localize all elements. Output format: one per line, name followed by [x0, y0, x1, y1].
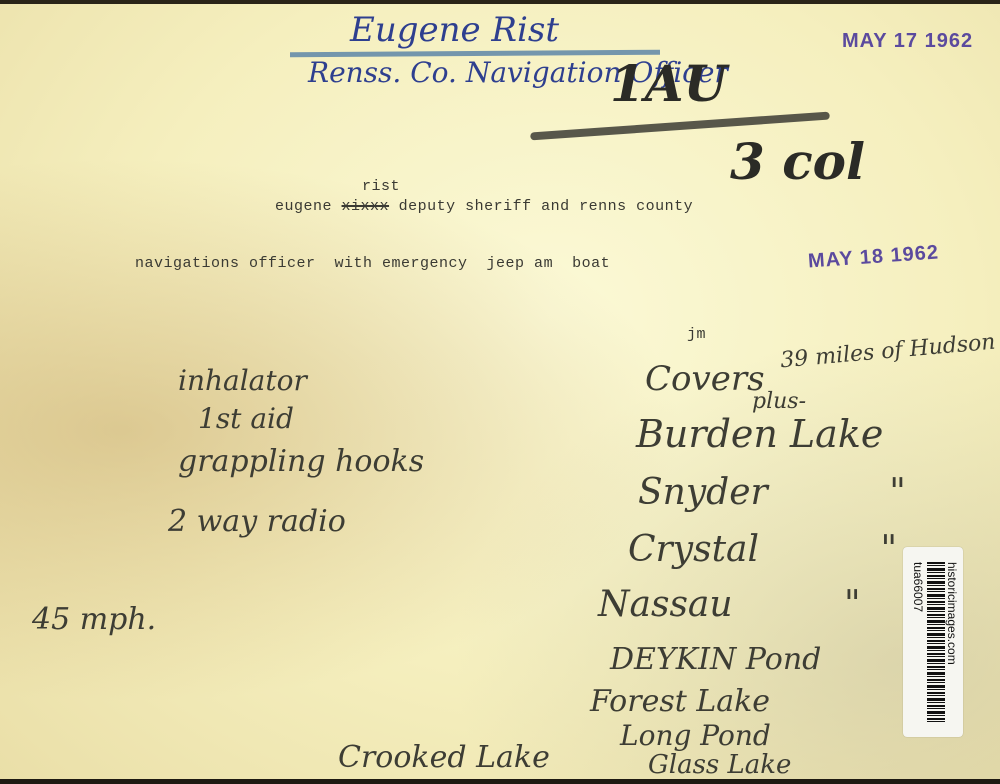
note-inhalator: inhalator: [178, 364, 307, 397]
date-stamp-second: MAY 18 1962: [807, 241, 939, 273]
barcode-icon: [927, 562, 945, 722]
column-mark: 3 col: [730, 132, 865, 191]
typed-first-name: eugene: [275, 198, 332, 215]
lake-burden: Burden Lake: [636, 412, 883, 456]
handwritten-name: Eugene Rist: [350, 10, 559, 50]
lake-crystal: Crystal ": [628, 529, 897, 570]
lake-crooked: Crooked Lake: [338, 740, 550, 775]
typed-initials: jm: [687, 326, 706, 343]
lake-deykin-pond: DEYKIN Pond: [610, 642, 821, 677]
lake-nassau: Nassau ": [598, 584, 861, 625]
barcode-site: historicimages.com: [945, 562, 959, 665]
grease-pencil-mark: 1AU: [610, 54, 727, 113]
note-radio: 2 way radio: [168, 504, 346, 539]
note-miles-hudson: 39 miles of Hudson: [779, 330, 996, 374]
lake-forest: Forest Lake: [590, 684, 770, 719]
typed-struck-word: xixxx: [342, 198, 390, 215]
photo-back-document: Eugene Rist Renss. Co. Navigation Office…: [0, 0, 1000, 779]
note-plus: plus-: [752, 389, 806, 414]
date-stamp-received: MAY 17 1962: [842, 30, 973, 53]
typed-insert-word: rist: [362, 178, 400, 195]
note-speed: 45 mph.: [32, 602, 156, 637]
note-grappling-hooks: grappling hooks: [178, 444, 424, 479]
typed-line-1: eugene xixxx deputy sheriff and renns co…: [275, 198, 693, 215]
barcode-code: tua66007: [911, 562, 925, 612]
typed-line-2: navigations officer with emergency jeep …: [135, 255, 610, 272]
barcode-label: historicimages.com tua66007: [903, 547, 963, 737]
note-first-aid: 1st aid: [198, 402, 294, 435]
lake-snyder: Snyder ": [638, 472, 906, 513]
typed-line-1-rest: deputy sheriff and renns county: [399, 198, 694, 215]
note-covers: Covers: [645, 359, 765, 399]
lake-glass: Glass Lake: [648, 750, 791, 780]
lake-long-pond: Long Pond: [620, 719, 771, 752]
